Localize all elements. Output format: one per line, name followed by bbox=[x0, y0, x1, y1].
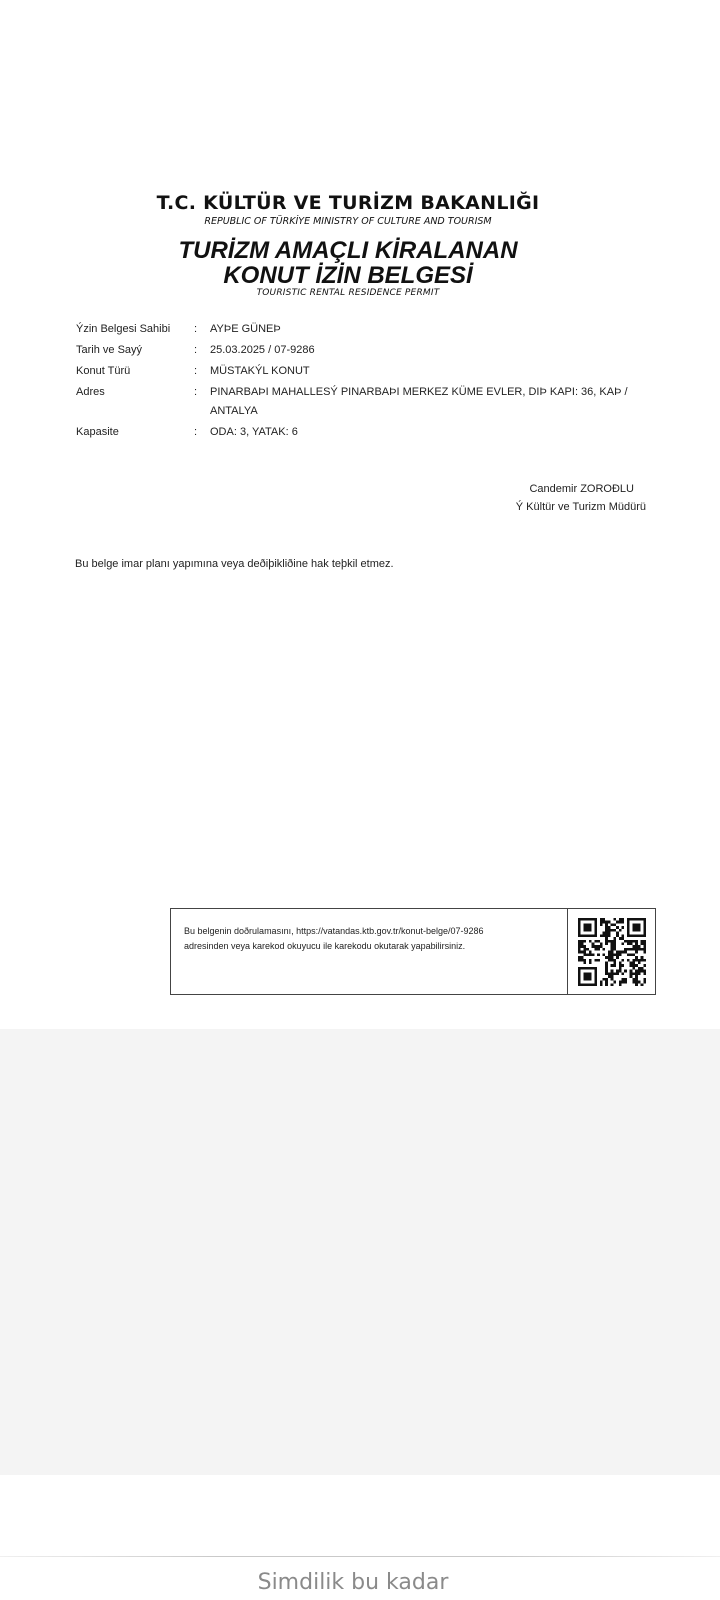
field-label: Kapasite bbox=[76, 423, 194, 442]
signatory-title: Ý Kültür ve Turizm Müdürü bbox=[516, 498, 646, 516]
field-label: Konut Türü bbox=[76, 362, 194, 381]
field-label: Adres bbox=[76, 383, 194, 421]
verification-box: Bu belgenin doðrulamasını, https://vatan… bbox=[170, 908, 656, 995]
field-value: AYÞE GÜNEÞ bbox=[210, 320, 656, 339]
signature-block: Candemir ZOROÐLU Ý Kültür ve Turizm Müdü… bbox=[516, 480, 646, 516]
verification-text: Bu belgenin doðrulamasını, https://vatan… bbox=[171, 909, 568, 994]
field-label: Tarih ve Sayý bbox=[76, 341, 194, 360]
end-of-content-text: Simdilik bu kadar bbox=[256, 1570, 451, 1595]
end-of-content-label: Simdilik bu kadar bbox=[0, 1570, 706, 1595]
field-row-type: Konut Türü : MÜSTAKÝL KONUT bbox=[76, 362, 656, 381]
field-colon: : bbox=[194, 423, 210, 442]
field-row-holder: Ýzin Belgesi Sahibi : AYÞE GÜNEÞ bbox=[76, 320, 656, 339]
signatory-name: Candemir ZOROÐLU bbox=[516, 480, 646, 498]
verification-line1[interactable]: Bu belgenin doðrulamasını, https://vatan… bbox=[184, 924, 555, 939]
ministry-title: T.C. KÜLTÜR VE TURİZM BAKANLIĞI bbox=[0, 192, 696, 214]
field-colon: : bbox=[194, 362, 210, 381]
field-colon: : bbox=[194, 320, 210, 339]
permit-fields: Ýzin Belgesi Sahibi : AYÞE GÜNEÞ Tarih v… bbox=[76, 320, 656, 444]
qr-code-icon bbox=[568, 909, 655, 994]
empty-viewer-area bbox=[0, 1029, 720, 1475]
document-title-line2: KONUT İZİN BELGESİ bbox=[0, 263, 696, 288]
field-label: Ýzin Belgesi Sahibi bbox=[76, 320, 194, 339]
footer-divider bbox=[0, 1556, 720, 1557]
document-title: TURİZM AMAÇLI KİRALANAN KONUT İZİN BELGE… bbox=[0, 238, 696, 288]
field-colon: : bbox=[194, 341, 210, 360]
field-row-address: Adres : PINARBAÞI MAHALLESÝ PINARBAÞI ME… bbox=[76, 383, 656, 421]
ministry-subtitle: REPUBLIC OF TÜRKİYE MINISTRY OF CULTURE … bbox=[0, 216, 696, 227]
field-row-date: Tarih ve Sayý : 25.03.2025 / 07-9286 bbox=[76, 341, 656, 360]
document-title-line1: TURİZM AMAÇLI KİRALANAN bbox=[0, 238, 696, 263]
verification-line2: adresinden veya karekod okuyucu ile kare… bbox=[184, 939, 555, 954]
field-value: MÜSTAKÝL KONUT bbox=[210, 362, 656, 381]
disclaimer-text: Bu belge imar planı yapımına veya deðiþi… bbox=[75, 558, 394, 570]
document-page: T.C. KÜLTÜR VE TURİZM BAKANLIĞI REPUBLIC… bbox=[0, 0, 720, 1050]
field-row-capacity: Kapasite : ODA: 3, YATAK: 6 bbox=[76, 423, 656, 442]
field-colon: : bbox=[194, 383, 210, 421]
field-value: ODA: 3, YATAK: 6 bbox=[210, 423, 656, 442]
document-subtitle: TOURISTIC RENTAL RESIDENCE PERMIT bbox=[0, 288, 696, 298]
field-value: 25.03.2025 / 07-9286 bbox=[210, 341, 656, 360]
field-value: PINARBAÞI MAHALLESÝ PINARBAÞI MERKEZ KÜM… bbox=[210, 383, 656, 421]
